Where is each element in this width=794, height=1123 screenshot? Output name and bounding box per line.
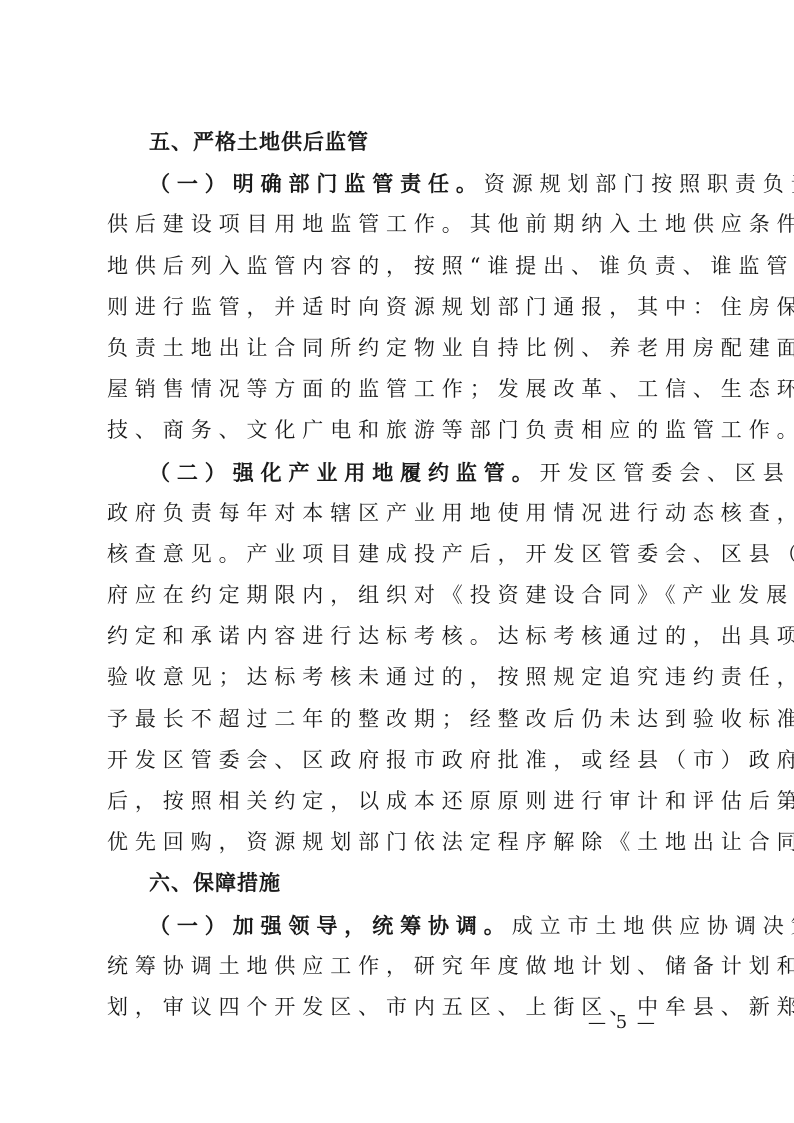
paragraph-line: 屋销售情况等方面的监管工作；发展改革、工信、生态环境、科 [107, 369, 697, 410]
paragraph-line: 验收意见；达标考核未通过的，按照规定追究违约责任，同时给 [107, 657, 697, 698]
section-heading-6: 六、保障措施 [107, 863, 697, 904]
document-body: 五、严格土地供后监管 （一）明确部门监管责任。资源规划部门按照职责负责土地 供后… [107, 122, 697, 1028]
paragraph-5-1-first-line: （一）明确部门监管责任。资源规划部门按照职责负责土地 [107, 163, 697, 204]
paragraph-line: 后，按照相关约定，以成本还原原则进行审计和评估后第一顺位 [107, 781, 697, 822]
paragraph-text: 开发区管委会、区县（市） [540, 461, 794, 485]
paragraph-text: 成立市土地供应协调决策小组， [512, 914, 794, 938]
paragraph-line: 府应在约定期限内，组织对《投资建设合同》《产业发展承诺书》 [107, 575, 697, 616]
paragraph-line: 供后建设项目用地监管工作。其他前期纳入土地供应条件应在土 [107, 204, 697, 245]
paragraph-6-1-first-line: （一）加强领导，统筹协调。成立市土地供应协调决策小组， [107, 905, 697, 946]
paragraph-lead: （一）明确部门监管责任。 [149, 171, 484, 196]
paragraph-line: 开发区管委会、区政府报市政府批准，或经县（市）政府批准 [107, 740, 697, 781]
paragraph-text: 资源规划部门按照职责负责土地 [484, 172, 794, 196]
section-heading-5: 五、严格土地供后监管 [107, 122, 697, 163]
paragraph-5-2-first-line: （二）强化产业用地履约监管。开发区管委会、区县（市） [107, 452, 697, 493]
paragraph-line: 负责土地出让合同所约定物业自持比例、养老用房配建面积、房 [107, 328, 697, 369]
paragraph-line: 则进行监管，并适时向资源规划部门通报，其中：住房保障部门 [107, 287, 697, 328]
paragraph-lead: （二）强化产业用地履约监管。 [149, 460, 540, 485]
paragraph-line: 统筹协调土地供应工作，研究年度做地计划、储备计划和供应计 [107, 946, 697, 987]
paragraph-line: 核查意见。产业项目建成投产后，开发区管委会、区县（市）政 [107, 534, 697, 575]
paragraph-lead: （一）加强领导，统筹协调。 [149, 913, 512, 938]
paragraph-line: 予最长不超过二年的整改期；经整改后仍未达到验收标准的，由 [107, 699, 697, 740]
paragraph-line: 技、商务、文化广电和旅游等部门负责相应的监管工作。 [107, 410, 697, 451]
document-page: 五、严格土地供后监管 （一）明确部门监管责任。资源规划部门按照职责负责土地 供后… [0, 0, 794, 1123]
page-number: — 5 — [588, 1012, 657, 1033]
paragraph-line: 优先回购，资源规划部门依法定程序解除《土地出让合同》。 [107, 822, 697, 863]
paragraph-line: 地供后列入监管内容的，按照“谁提出、谁负责、谁监管”的原 [107, 246, 697, 287]
paragraph-line: 约定和承诺内容进行达标考核。达标考核通过的，出具项目达标 [107, 616, 697, 657]
paragraph-line: 政府负责每年对本辖区产业用地使用情况进行动态核查，并出具 [107, 493, 697, 534]
